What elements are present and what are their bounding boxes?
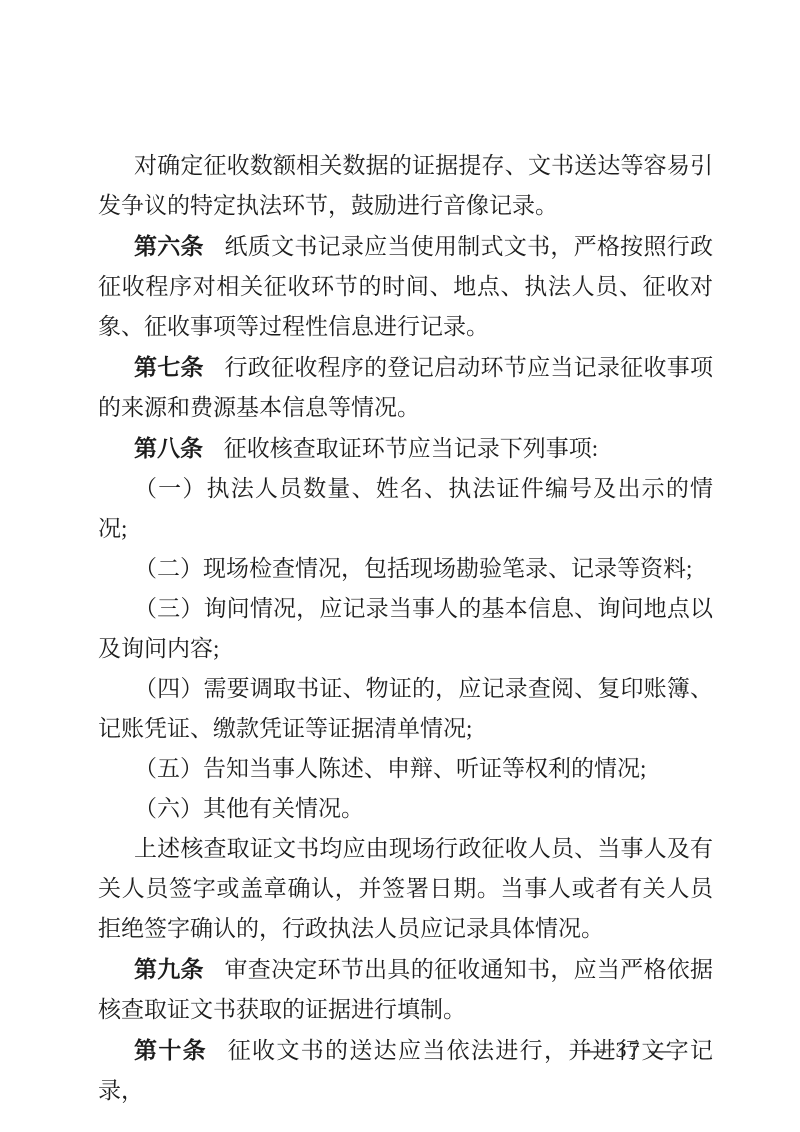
paragraph-text: 征收核查取证环节应当记录下列事项: — [224, 436, 598, 461]
article-paragraph: 第六条纸质文书记录应当使用制式文书，严格按照行政征收程序对相关征收环节的时间、地… — [98, 226, 713, 347]
document-body: 对确定征收数额相关数据的证据提存、文书送达等容易引发争议的特定执法环节，鼓励进行… — [98, 146, 713, 1111]
list-item-paragraph: （四）需要调取书证、物证的，应记录查阅、复印账簿、记账凭证、缴款凭证等证据清单情… — [98, 669, 713, 749]
paragraph-text: （六）其他有关情况。 — [134, 796, 364, 821]
document-page: 对确定征收数额相关数据的证据提存、文书送达等容易引发争议的特定执法环节，鼓励进行… — [0, 0, 800, 1132]
list-item-paragraph: （二）现场检查情况，包括现场勘验笔录、记录等资料; — [98, 549, 713, 589]
paragraph-text: （一）执法人员数量、姓名、执法证件编号及出示的情况; — [98, 476, 713, 541]
article-paragraph: 第九条审查决定环节出具的征收通知书，应当严格依据核查取证文书获取的证据进行填制。 — [98, 949, 713, 1030]
list-item-paragraph: （一）执法人员数量、姓名、执法证件编号及出示的情况; — [98, 469, 713, 549]
paragraph-text: 对确定征收数额相关数据的证据提存、文书送达等容易引发争议的特定执法环节，鼓励进行… — [98, 153, 713, 218]
paragraph-text: （五）告知当事人陈述、申辩、听证等权利的情况; — [134, 756, 646, 781]
article-number-label: 第七条 — [134, 354, 204, 380]
list-item-paragraph: （五）告知当事人陈述、申辩、听证等权利的情况; — [98, 749, 713, 789]
article-number-label: 第六条 — [134, 233, 204, 259]
list-item-paragraph: （三）询问情况，应记录当事人的基本信息、询问地点以及询问内容; — [98, 589, 713, 669]
paragraph-text: （二）现场检查情况，包括现场勘验笔录、记录等资料; — [134, 556, 692, 581]
article-paragraph: 对确定征收数额相关数据的证据提存、文书送达等容易引发争议的特定执法环节，鼓励进行… — [98, 146, 713, 226]
page-number-label: — 37 — — [584, 1037, 673, 1062]
paragraph-text: 上述核查取证文书均应由现场行政征收人员、当事人及有关人员签字或盖章确认，并签署日… — [98, 836, 713, 941]
list-item-paragraph: （六）其他有关情况。 — [98, 789, 713, 829]
article-number-label: 第八条 — [134, 435, 203, 461]
article-paragraph: 第八条征收核查取证环节应当记录下列事项: — [98, 428, 713, 469]
article-number-label: 第九条 — [134, 956, 204, 982]
article-paragraph: 上述核查取证文书均应由现场行政征收人员、当事人及有关人员签字或盖章确认，并签署日… — [98, 829, 713, 949]
paragraph-text: （四）需要调取书证、物证的，应记录查阅、复印账簿、记账凭证、缴款凭证等证据清单情… — [98, 676, 713, 741]
article-paragraph: 第七条行政征收程序的登记启动环节应当记录征收事项的来源和费源基本信息等情况。 — [98, 347, 713, 428]
page-number: — 37 — — [584, 1036, 673, 1064]
article-number-label: 第十条 — [134, 1037, 207, 1063]
paragraph-text: （三）询问情况，应记录当事人的基本信息、询问地点以及询问内容; — [98, 596, 713, 661]
